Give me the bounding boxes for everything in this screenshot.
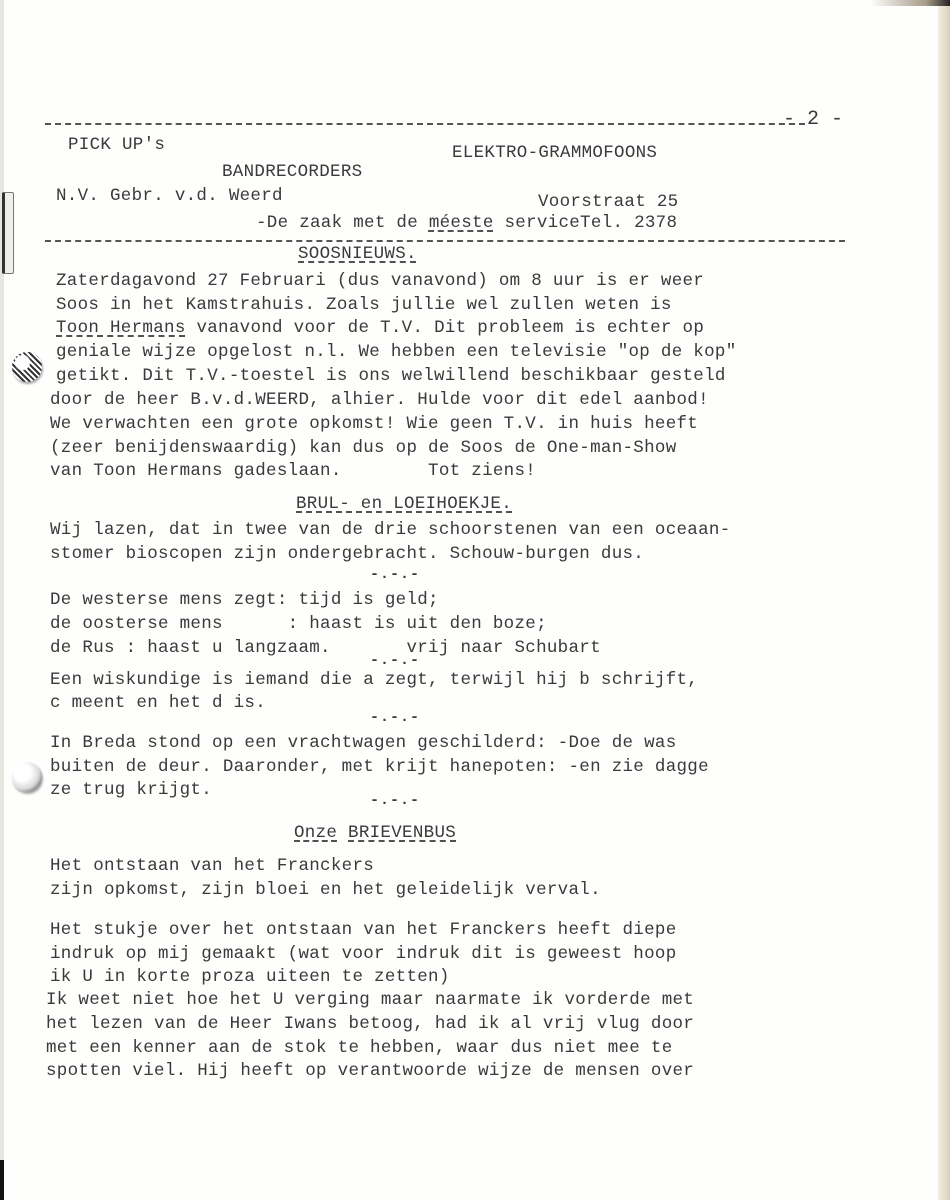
brul-line: Wij lazen, dat in twee van de drie schoo… bbox=[50, 520, 731, 540]
brievenbus-line: Ik weet niet hoe het U verging maar naar… bbox=[46, 990, 694, 1010]
brievenbus-subtitle: zijn opkomst, zijn bloei en het geleidel… bbox=[50, 880, 601, 900]
page-left-edge-shadow bbox=[0, 1160, 4, 1200]
ad-slogan-suffix: serviceTel. 2378 bbox=[494, 213, 678, 233]
ad-slogan-prefix: -De zaak met de bbox=[256, 213, 429, 233]
section-heading-brulhoekje: BRUL- en LOEIHOEKJE. bbox=[296, 494, 512, 514]
brul-line: c meent en het d is. bbox=[50, 693, 266, 713]
brievenbus-heading-word2: BRIEVENBUS bbox=[348, 823, 456, 843]
brievenbus-line: Het stukje over het ontstaan van het Fra… bbox=[50, 920, 677, 940]
brul-line: buiten de deur. Daaronder, met krijt han… bbox=[50, 757, 709, 777]
ad-bottom-dashed-rule bbox=[45, 240, 845, 242]
brul-line: De westerse mens zegt: tijd is geld; bbox=[50, 590, 439, 610]
soos-line: getikt. Dit T.V.-toestel is ons welwille… bbox=[56, 366, 726, 386]
separator: -.-.- bbox=[370, 566, 420, 583]
section-heading-soosnieuws: SOOSNIEUWS. bbox=[298, 244, 417, 264]
ad-company: N.V. Gebr. v.d. Weerd bbox=[56, 186, 283, 206]
soos-underlined-name: Toon Hermans bbox=[56, 318, 186, 338]
soos-line: We verwachten een grote opkomst! Wie gee… bbox=[50, 414, 698, 434]
brul-line: ze trug krijgt. bbox=[50, 780, 212, 800]
separator: -.-.- bbox=[370, 792, 420, 809]
soos-line: Soos in het Kamstrahuis. Zoals jullie we… bbox=[56, 295, 672, 315]
page-number: - 2 - bbox=[783, 108, 843, 131]
punch-hole-icon bbox=[12, 352, 42, 382]
page-top-corner-shadow bbox=[870, 0, 950, 6]
brul-line: de oosterse mens : haast is uit den boze… bbox=[50, 614, 547, 634]
brul-line: stomer bioscopen zijn ondergebracht. Sch… bbox=[50, 544, 644, 564]
binder-clip-icon bbox=[2, 192, 14, 274]
separator: -.-.- bbox=[370, 652, 420, 669]
page-right-edge bbox=[938, 0, 950, 1200]
brievenbus-line: indruk op mij gemaakt (wat voor indruk d… bbox=[50, 944, 677, 964]
soos-line-text: vanavond voor de T.V. Dit probleem is ec… bbox=[196, 318, 704, 338]
brievenbus-heading-word1: Onze bbox=[294, 823, 337, 843]
brul-line: In Breda stond op een vrachtwagen geschi… bbox=[50, 733, 677, 753]
soos-line: van Toon Hermans gadeslaan. Tot ziens! bbox=[50, 461, 536, 481]
brievenbus-line: het lezen van de Heer Iwans betoog, had … bbox=[46, 1014, 694, 1034]
brievenbus-line: spotten viel. Hij heeft op verantwoorde … bbox=[46, 1061, 694, 1081]
brul-line: Een wiskundige is iemand die a zegt, ter… bbox=[50, 670, 698, 690]
ad-slogan-emphasis: méeste bbox=[429, 213, 494, 233]
ad-slogan: -De zaak met de méeste serviceTel. 2378 bbox=[256, 213, 677, 233]
brievenbus-line: met een kenner aan de stok te hebben, wa… bbox=[46, 1038, 673, 1058]
brul-line: de Rus : haast u langzaam. vrij naar Sch… bbox=[50, 638, 601, 658]
brievenbus-subtitle: Het ontstaan van het Franckers bbox=[50, 856, 374, 876]
ad-item-pickups: PICK UP's bbox=[68, 135, 165, 155]
soos-line: Toon Hermans vanavond voor de T.V. Dit p… bbox=[56, 318, 704, 338]
separator: -.-.- bbox=[370, 709, 420, 726]
ad-address: Voorstraat 25 bbox=[538, 192, 678, 212]
soos-line: Zaterdagavond 27 Februari (dus vanavond)… bbox=[56, 271, 704, 291]
soos-line: door de heer B.v.d.WEERD, alhier. Hulde … bbox=[50, 390, 709, 410]
punch-hole-icon bbox=[12, 762, 42, 792]
soos-line: (zeer benijdenswaardig) kan dus op de So… bbox=[50, 438, 677, 458]
ad-item-bandrecorders: BANDRECORDERS bbox=[222, 162, 362, 182]
soos-line: geniale wijze opgelost n.l. We hebben ee… bbox=[56, 342, 737, 362]
page-left-edge bbox=[0, 0, 4, 1200]
document-page: - 2 - PICK UP's ELEKTRO-GRAMMOFOONS BAND… bbox=[0, 0, 950, 1200]
section-heading-brievenbus: Onze BRIEVENBUS bbox=[294, 823, 456, 843]
brievenbus-line: ik U in korte proza uiteen te zetten) bbox=[50, 967, 450, 987]
top-dashed-rule bbox=[45, 123, 805, 125]
ad-item-grammofoons: ELEKTRO-GRAMMOFOONS bbox=[452, 143, 657, 163]
